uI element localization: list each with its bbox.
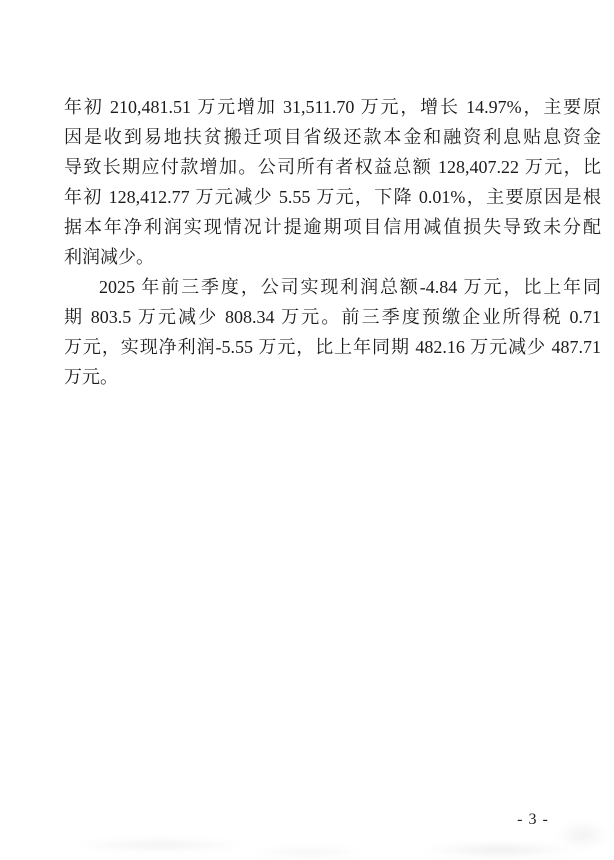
text-line: 因是收到易地扶贫搬迁项目省级还款本金和融资利息贴息资金 [64, 122, 601, 152]
page-number: - 3 - [513, 810, 553, 830]
text-line: 万元，实现净利润-5.55 万元，比上年同期 482.16 万元减少 487.7… [64, 332, 601, 362]
scan-smudge [420, 842, 580, 858]
text-line: 年初 128,412.77 万元减少 5.55 万元，下降 0.01%，主要原因… [64, 182, 601, 212]
document-page: 年初 210,481.51 万元增加 31,511.70 万元，增长 14.97… [0, 0, 614, 860]
text-line: 据本年净利润实现情况计提逾期项目信用减值损失导致未分配 [64, 212, 601, 242]
paragraph-2: 2025 年前三季度，公司实现利润总额-4.84 万元，比上年同 期 803.5… [64, 272, 601, 392]
text-line: 期 803.5 万元减少 808.34 万元。前三季度预缴企业所得税 0.71 [64, 302, 601, 332]
scan-smudge [70, 838, 250, 852]
text-line: 2025 年前三季度，公司实现利润总额-4.84 万元，比上年同 [64, 272, 601, 302]
scan-smudge [555, 820, 610, 850]
text-line: 万元。 [64, 362, 601, 392]
body-text: 年初 210,481.51 万元增加 31,511.70 万元，增长 14.97… [64, 92, 601, 392]
scan-smudge [250, 846, 370, 858]
text-line: 年初 210,481.51 万元增加 31,511.70 万元，增长 14.97… [64, 92, 601, 122]
text-line: 导致长期应付款增加。公司所有者权益总额 128,407.22 万元，比 [64, 152, 601, 182]
text-line: 利润减少。 [64, 242, 601, 272]
paragraph-1: 年初 210,481.51 万元增加 31,511.70 万元，增长 14.97… [64, 92, 601, 272]
